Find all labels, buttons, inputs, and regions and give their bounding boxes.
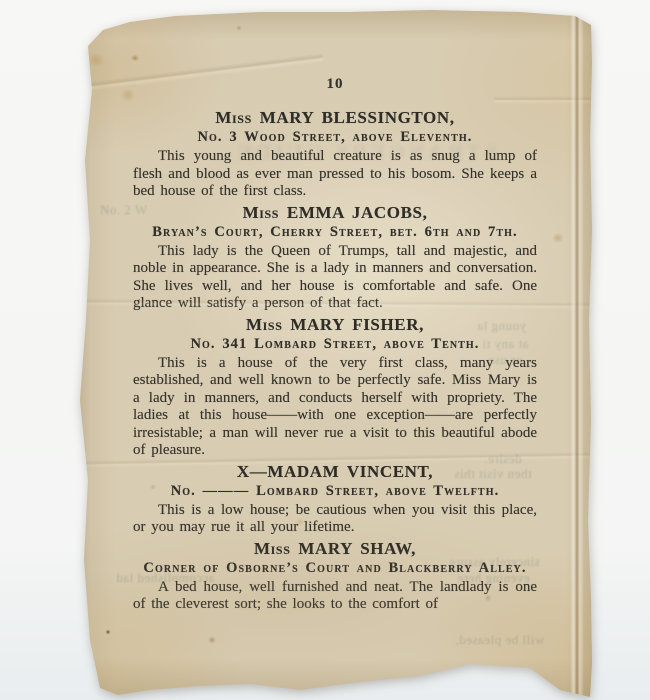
printed-text-block: 10 Miss MARY BLESSINGTON, No. 3 Wood Str… [133, 74, 537, 616]
directory-entry-vincent: X—MADAM VINCENT, No. ——— Lombard Street,… [133, 462, 537, 537]
entry-heading: Miss EMMA JACOBS, [133, 203, 537, 222]
entry-address: No. 341 Lombard Street, above Tenth. [133, 335, 537, 353]
entry-address: No. ——— Lombard Street, above Twelfth. [133, 482, 537, 500]
ghost-text: will be pleased, [455, 632, 544, 648]
entry-body: This is a house of the very first class,… [133, 355, 537, 460]
entry-heading: Miss MARY BLESSINGTON, [133, 108, 537, 127]
vertical-fold-crease [570, 10, 584, 698]
photo-background: STRANGERS GUIDE No. 2 W young la at any … [0, 0, 650, 700]
entry-address: Corner of Osborne’s Court and Blackberry… [133, 559, 537, 577]
entry-heading: Miss MARY FISHER, [133, 315, 537, 334]
directory-entry-blessington: Miss MARY BLESSINGTON, No. 3 Wood Street… [133, 108, 537, 201]
entry-heading: X—MADAM VINCENT, [133, 462, 537, 481]
aged-paper-page: STRANGERS GUIDE No. 2 W young la at any … [74, 10, 592, 698]
directory-entry-jacobs: Miss EMMA JACOBS, Bryan’s Court, Cherry … [133, 203, 537, 313]
directory-entry-fisher: Miss MARY FISHER, No. 341 Lombard Street… [133, 315, 537, 460]
paper-sheet: STRANGERS GUIDE No. 2 W young la at any … [74, 10, 592, 698]
entry-body: This is a low house; be cautious when yo… [133, 502, 537, 537]
entry-body: This young and beautiful creature is as … [133, 148, 537, 201]
page-number: 10 [133, 74, 537, 94]
directory-entry-shaw: Miss MARY SHAW, Corner of Osborne’s Cour… [133, 539, 537, 614]
entry-heading: Miss MARY SHAW, [133, 539, 537, 558]
entry-body: A bed house, well furnished and neat. Th… [133, 579, 537, 614]
entry-address: Bryan’s Court, Cherry Street, bet. 6th a… [133, 223, 537, 241]
entry-address: No. 3 Wood Street, above Eleventh. [133, 128, 537, 146]
entry-body: This lady is the Queen of Trumps, tall a… [133, 243, 537, 313]
